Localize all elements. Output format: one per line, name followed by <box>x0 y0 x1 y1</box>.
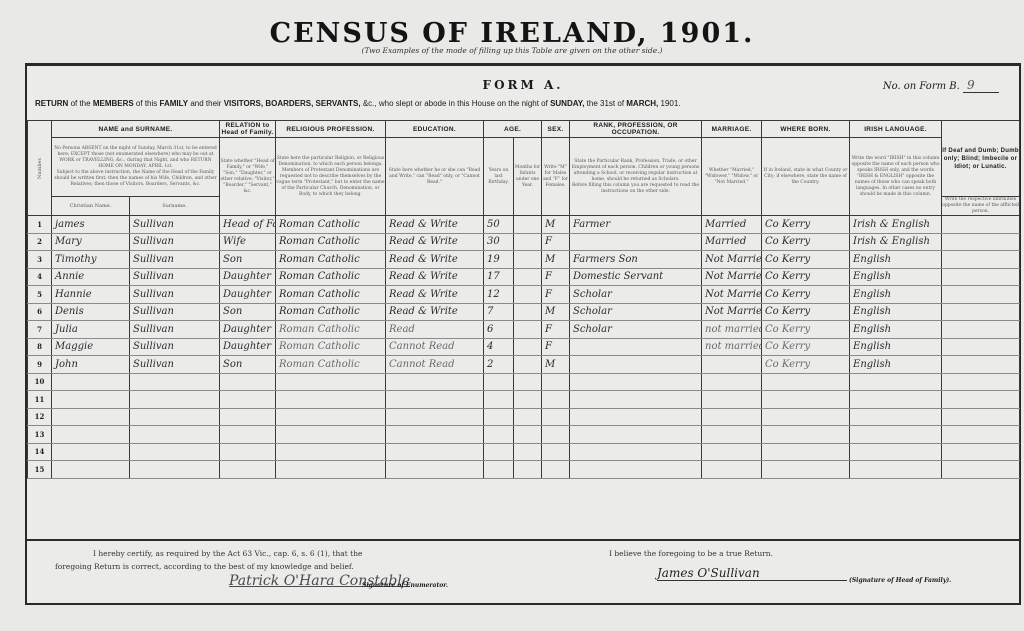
return-description: RETURN of the MEMBERS of this FAMILY and… <box>35 99 681 108</box>
cell-education: Read & Write <box>386 268 484 286</box>
table-row: 14 <box>28 443 1020 461</box>
occupation-instructions: State the Particular Rank, Profession, T… <box>570 138 702 216</box>
cell-age: 4 <box>484 338 514 356</box>
form-frame: FORM A. No. on Form B. 9 RETURN of the M… <box>25 63 1021 605</box>
cell-marriage: Married <box>702 233 762 251</box>
cell-age: 6 <box>484 321 514 339</box>
rt-8: &c., who slept or abode in this House on… <box>361 99 550 108</box>
cell-first: Timothy <box>52 251 130 269</box>
cell-education <box>386 373 484 391</box>
cell-age <box>484 391 514 409</box>
rt-9: SUNDAY, <box>550 99 584 108</box>
cell-marriage <box>702 443 762 461</box>
cell-born <box>762 443 850 461</box>
cell-education <box>386 443 484 461</box>
cell-relation <box>220 461 276 479</box>
cell-months <box>514 268 542 286</box>
name-header: NAME and SURNAME. <box>52 121 220 138</box>
cell-surname <box>130 443 220 461</box>
cell-sex: M <box>542 303 570 321</box>
occ-inst-2: Before filling this column you are reque… <box>572 183 699 194</box>
cell-religion <box>276 461 386 479</box>
cell-deaf <box>942 391 1020 409</box>
cell-education: Read & Write <box>386 303 484 321</box>
form-b-label: No. on Form B. <box>883 81 960 92</box>
header-row: Number. NAME and SURNAME. RELATION to He… <box>28 121 1020 138</box>
cell-deaf <box>942 443 1020 461</box>
cell-occupation: Scholar <box>570 303 702 321</box>
cell-marriage <box>702 408 762 426</box>
cell-months <box>514 461 542 479</box>
cell-education <box>386 461 484 479</box>
cell-deaf <box>942 408 1020 426</box>
rt-7: VISITORS, BOARDERS, SERVANTS, <box>224 99 361 108</box>
cell-relation: Head of Family <box>220 216 276 234</box>
age-years-instructions: Years on last Birthday. <box>484 138 514 216</box>
cell-surname <box>130 391 220 409</box>
rt-10: the 31st of <box>584 99 626 108</box>
cell-months <box>514 286 542 304</box>
name-inst-2: Subject to the above instruction, the Na… <box>54 170 216 187</box>
cell-born: Co Kerry <box>762 268 850 286</box>
cell-age: 7 <box>484 303 514 321</box>
cell-religion <box>276 408 386 426</box>
row-number: 11 <box>28 391 52 409</box>
irish-instructions: Write the word "IRISH" in this column op… <box>850 138 942 216</box>
cell-occupation: Scholar <box>570 321 702 339</box>
cell-months <box>514 356 542 374</box>
cell-education <box>386 426 484 444</box>
cell-occupation <box>570 338 702 356</box>
cell-surname: Sullivan <box>130 268 220 286</box>
table-row: 2MarySullivanWifeRoman CatholicRead & Wr… <box>28 233 1020 251</box>
age-months-instructions: Months for Infants under one Year. <box>514 138 542 216</box>
name-inst-1: No Persons ABSENT on the night of Sunday… <box>54 146 217 169</box>
cell-religion: Roman Catholic <box>276 338 386 356</box>
cell-religion: Roman Catholic <box>276 321 386 339</box>
row-number: 12 <box>28 408 52 426</box>
census-table: Number. NAME and SURNAME. RELATION to He… <box>27 120 1020 479</box>
born-instructions: If in Ireland, state in what County or C… <box>762 138 850 216</box>
cell-deaf <box>942 286 1020 304</box>
cell-surname: Sullivan <box>130 286 220 304</box>
cell-sex <box>542 426 570 444</box>
marriage-header: MARRIAGE. <box>702 121 762 138</box>
cell-sex <box>542 443 570 461</box>
cell-occupation <box>570 443 702 461</box>
irish-header: IRISH LANGUAGE. <box>850 121 942 138</box>
cell-irish: English <box>850 251 942 269</box>
table-row: 1jamesSullivanHead of FamilyRoman Cathol… <box>28 216 1020 234</box>
cell-marriage: Not Married <box>702 286 762 304</box>
marriage-instructions: Whether "Married," "Widower," "Widow," o… <box>702 138 762 216</box>
enumerator-certification: I hereby certify, as required by the Act… <box>55 547 495 573</box>
head-signature-label: (Signature of Head of Family). <box>849 577 951 584</box>
cell-age <box>484 426 514 444</box>
cell-age <box>484 461 514 479</box>
cell-marriage <box>702 373 762 391</box>
row-number: 10 <box>28 373 52 391</box>
cell-surname: Sullivan <box>130 356 220 374</box>
cell-born: Co Kerry <box>762 233 850 251</box>
cell-deaf <box>942 461 1020 479</box>
rt-4: of this <box>134 99 160 108</box>
cell-education <box>386 391 484 409</box>
cell-occupation <box>570 391 702 409</box>
cell-irish <box>850 426 942 444</box>
cell-first: james <box>52 216 130 234</box>
cell-born: Co Kerry <box>762 286 850 304</box>
cell-surname: Sullivan <box>130 338 220 356</box>
cell-sex: F <box>542 321 570 339</box>
row-number: 4 <box>28 268 52 286</box>
cell-months <box>514 443 542 461</box>
cell-first <box>52 391 130 409</box>
cell-age <box>484 408 514 426</box>
cell-born: Co Kerry <box>762 321 850 339</box>
cell-months <box>514 233 542 251</box>
rt-12: 1901. <box>658 99 680 108</box>
rt-3: MEMBERS <box>93 99 134 108</box>
table-row: 7JuliaSullivanDaughterRoman CatholicRead… <box>28 321 1020 339</box>
table-row: 6DenisSullivanSonRoman CatholicRead & Wr… <box>28 303 1020 321</box>
cell-sex: F <box>542 338 570 356</box>
occupation-header: RANK, PROFESSION, OR OCCUPATION. <box>570 121 702 138</box>
cell-born <box>762 461 850 479</box>
cell-first: Denis <box>52 303 130 321</box>
cell-deaf <box>942 426 1020 444</box>
row-number: 2 <box>28 233 52 251</box>
cell-irish: English <box>850 286 942 304</box>
row-number: 13 <box>28 426 52 444</box>
sex-header: SEX. <box>542 121 570 138</box>
table-row: 13 <box>28 426 1020 444</box>
cell-deaf <box>942 233 1020 251</box>
cell-first: John <box>52 356 130 374</box>
cell-first <box>52 443 130 461</box>
cell-months <box>514 251 542 269</box>
cell-age <box>484 443 514 461</box>
cell-surname: Sullivan <box>130 321 220 339</box>
surname-header: Surname. <box>130 197 220 216</box>
rt-2: of the <box>68 99 92 108</box>
cell-months <box>514 408 542 426</box>
cell-relation: Son <box>220 303 276 321</box>
cell-occupation: Farmers Son <box>570 251 702 269</box>
cell-sex: M <box>542 356 570 374</box>
cell-surname: Sullivan <box>130 233 220 251</box>
cell-irish: English <box>850 356 942 374</box>
certify-line-1: I hereby certify, as required by the Act… <box>55 547 495 560</box>
cell-surname: Sullivan <box>130 251 220 269</box>
table-row: 9JohnSullivanSonRoman CatholicCannot Rea… <box>28 356 1020 374</box>
certification-area: I hereby certify, as required by the Act… <box>27 539 1019 603</box>
certify-line-2: foregoing Return is correct, according t… <box>55 560 495 573</box>
cell-irish <box>850 461 942 479</box>
cell-age: 50 <box>484 216 514 234</box>
cell-education: Read & Write <box>386 286 484 304</box>
cell-education: Read & Write <box>386 216 484 234</box>
table-row: 4AnnieSullivanDaughterRoman CatholicRead… <box>28 268 1020 286</box>
cell-occupation: Scholar <box>570 286 702 304</box>
cell-irish <box>850 391 942 409</box>
cell-religion: Roman Catholic <box>276 216 386 234</box>
census-title: CENSUS OF IRELAND, 1901. <box>0 18 1024 49</box>
head-certification: I believe the foregoing to be a true Ret… <box>609 549 773 558</box>
cell-relation: Daughter <box>220 268 276 286</box>
cell-occupation: Domestic Servant <box>570 268 702 286</box>
cell-deaf <box>942 216 1020 234</box>
cell-sex <box>542 461 570 479</box>
cell-months <box>514 338 542 356</box>
cell-first <box>52 373 130 391</box>
cell-born: Co Kerry <box>762 338 850 356</box>
number-header: Number. <box>28 121 52 216</box>
cell-sex: M <box>542 216 570 234</box>
cell-relation <box>220 408 276 426</box>
cell-marriage: Not Married <box>702 303 762 321</box>
name-instructions: No Persons ABSENT on the night of Sunday… <box>52 138 220 197</box>
cell-irish: English <box>850 338 942 356</box>
cell-relation <box>220 426 276 444</box>
cell-irish <box>850 443 942 461</box>
cell-deaf <box>942 356 1020 374</box>
cell-months <box>514 391 542 409</box>
cell-age: 2 <box>484 356 514 374</box>
cell-surname: Sullivan <box>130 216 220 234</box>
cell-relation: Son <box>220 251 276 269</box>
cell-born <box>762 391 850 409</box>
cell-sex: M <box>542 251 570 269</box>
cell-religion <box>276 426 386 444</box>
cell-irish: English <box>850 268 942 286</box>
cell-irish <box>850 408 942 426</box>
cell-born <box>762 373 850 391</box>
cell-first: Maggie <box>52 338 130 356</box>
deaf-header: If Deaf and Dumb; Dumb only; Blind; Imbe… <box>942 121 1020 197</box>
form-b-value: 9 <box>963 78 999 93</box>
cell-religion: Roman Catholic <box>276 303 386 321</box>
cell-born <box>762 408 850 426</box>
cell-deaf <box>942 251 1020 269</box>
cell-relation <box>220 373 276 391</box>
cell-first: Mary <box>52 233 130 251</box>
cell-marriage <box>702 461 762 479</box>
cell-occupation <box>570 461 702 479</box>
cell-occupation <box>570 233 702 251</box>
rt-11: MARCH, <box>626 99 658 108</box>
age-header: AGE. <box>484 121 542 138</box>
cell-irish: English <box>850 321 942 339</box>
cell-religion: Roman Catholic <box>276 286 386 304</box>
cell-months <box>514 321 542 339</box>
occ-inst-1: State the Particular Rank, Profession, T… <box>572 159 699 182</box>
cell-education: Cannot Read <box>386 338 484 356</box>
table-row: 11 <box>28 391 1020 409</box>
cell-first: Annie <box>52 268 130 286</box>
cell-education: Read <box>386 321 484 339</box>
cell-born <box>762 426 850 444</box>
cell-born: Co Kerry <box>762 303 850 321</box>
cell-months <box>514 373 542 391</box>
table-row: 8MaggieSullivanDaughterRoman CatholicCan… <box>28 338 1020 356</box>
education-header: EDUCATION. <box>386 121 484 138</box>
cell-occupation <box>570 408 702 426</box>
born-header: WHERE BORN. <box>762 121 850 138</box>
rt-1: RETURN <box>35 99 68 108</box>
cell-relation: Daughter <box>220 338 276 356</box>
cell-sex: F <box>542 286 570 304</box>
religion-instructions: State here the particular Religion, or R… <box>276 138 386 216</box>
enumerator-signature-label: Signature of Enumerator. <box>362 582 448 589</box>
household-rows: 1jamesSullivanHead of FamilyRoman Cathol… <box>28 216 1020 479</box>
cell-religion: Roman Catholic <box>276 356 386 374</box>
cell-marriage: Not Married <box>702 251 762 269</box>
row-number: 3 <box>28 251 52 269</box>
cell-first: Hannie <box>52 286 130 304</box>
cell-first <box>52 426 130 444</box>
cell-religion <box>276 373 386 391</box>
cell-sex: F <box>542 268 570 286</box>
cell-religion <box>276 391 386 409</box>
cell-age: 19 <box>484 251 514 269</box>
cell-occupation <box>570 356 702 374</box>
religion-header: RELIGIOUS PROFESSION. <box>276 121 386 138</box>
form-a-label: FORM A. <box>27 78 1019 92</box>
row-number: 8 <box>28 338 52 356</box>
cell-relation: Daughter <box>220 321 276 339</box>
cell-irish: Irish & English <box>850 216 942 234</box>
relation-instructions: State whether "Head of Family," or "Wife… <box>220 138 276 216</box>
rt-5: FAMILY <box>160 99 189 108</box>
census-subtitle: (Two Examples of the mode of filling up … <box>0 46 1024 55</box>
cell-religion <box>276 443 386 461</box>
cell-sex <box>542 391 570 409</box>
table-row: 15 <box>28 461 1020 479</box>
cell-education <box>386 408 484 426</box>
cell-first <box>52 461 130 479</box>
cell-deaf <box>942 338 1020 356</box>
cell-age: 17 <box>484 268 514 286</box>
cell-deaf <box>942 373 1020 391</box>
row-number: 9 <box>28 356 52 374</box>
cell-marriage: not married <box>702 321 762 339</box>
cell-months <box>514 303 542 321</box>
christian-name-header: Christian Name. <box>52 197 130 216</box>
relation-header: RELATION to Head of Family. <box>220 121 276 138</box>
cell-surname <box>130 426 220 444</box>
row-number: 7 <box>28 321 52 339</box>
table-row: 5HannieSullivanDaughterRoman CatholicRea… <box>28 286 1020 304</box>
cell-relation <box>220 391 276 409</box>
cell-marriage: Married <box>702 216 762 234</box>
row-number: 6 <box>28 303 52 321</box>
education-instructions: State here whether he or she can "Read a… <box>386 138 484 216</box>
cell-first <box>52 408 130 426</box>
cell-religion: Roman Catholic <box>276 251 386 269</box>
cell-religion: Roman Catholic <box>276 233 386 251</box>
cell-marriage <box>702 356 762 374</box>
row-number: 1 <box>28 216 52 234</box>
table-row: 10 <box>28 373 1020 391</box>
cell-age: 12 <box>484 286 514 304</box>
cell-first: Julia <box>52 321 130 339</box>
cell-education: Read & Write <box>386 233 484 251</box>
cell-marriage <box>702 426 762 444</box>
cell-relation <box>220 443 276 461</box>
cell-deaf <box>942 303 1020 321</box>
cell-months <box>514 426 542 444</box>
row-number: 14 <box>28 443 52 461</box>
cell-born: Co Kerry <box>762 356 850 374</box>
deaf-instructions: Write the respective infirmities opposit… <box>942 197 1020 216</box>
row-number: 5 <box>28 286 52 304</box>
cell-sex <box>542 408 570 426</box>
form-b-number: No. on Form B. 9 <box>883 78 999 93</box>
cell-surname <box>130 373 220 391</box>
cell-irish <box>850 373 942 391</box>
cell-irish: English <box>850 303 942 321</box>
cell-age <box>484 373 514 391</box>
cell-marriage: Not Married <box>702 268 762 286</box>
cell-occupation: Farmer <box>570 216 702 234</box>
row-number: 15 <box>28 461 52 479</box>
cell-relation: Daughter <box>220 286 276 304</box>
cell-deaf <box>942 321 1020 339</box>
cell-religion: Roman Catholic <box>276 268 386 286</box>
cell-born: Co Kerry <box>762 251 850 269</box>
sex-instructions: Write "M" for Males and "F" for Females. <box>542 138 570 216</box>
head-signature: James O'Sullivan <box>657 566 847 581</box>
rt-6: and their <box>188 99 224 108</box>
instruction-row: No Persons ABSENT on the night of Sunday… <box>28 138 1020 197</box>
cell-occupation <box>570 373 702 391</box>
cell-months <box>514 216 542 234</box>
cell-deaf <box>942 268 1020 286</box>
cell-occupation <box>570 426 702 444</box>
cell-sex <box>542 373 570 391</box>
cell-education: Cannot Read <box>386 356 484 374</box>
cell-age: 30 <box>484 233 514 251</box>
cell-surname <box>130 461 220 479</box>
cell-sex: F <box>542 233 570 251</box>
cell-relation: Wife <box>220 233 276 251</box>
cell-irish: Irish & English <box>850 233 942 251</box>
cell-marriage <box>702 391 762 409</box>
cell-surname: Sullivan <box>130 303 220 321</box>
cell-education: Read & Write <box>386 251 484 269</box>
cell-marriage: not married <box>702 338 762 356</box>
cell-relation: Son <box>220 356 276 374</box>
cell-born: Co Kerry <box>762 216 850 234</box>
cell-surname <box>130 408 220 426</box>
table-row: 12 <box>28 408 1020 426</box>
table-row: 3TimothySullivanSonRoman CatholicRead & … <box>28 251 1020 269</box>
